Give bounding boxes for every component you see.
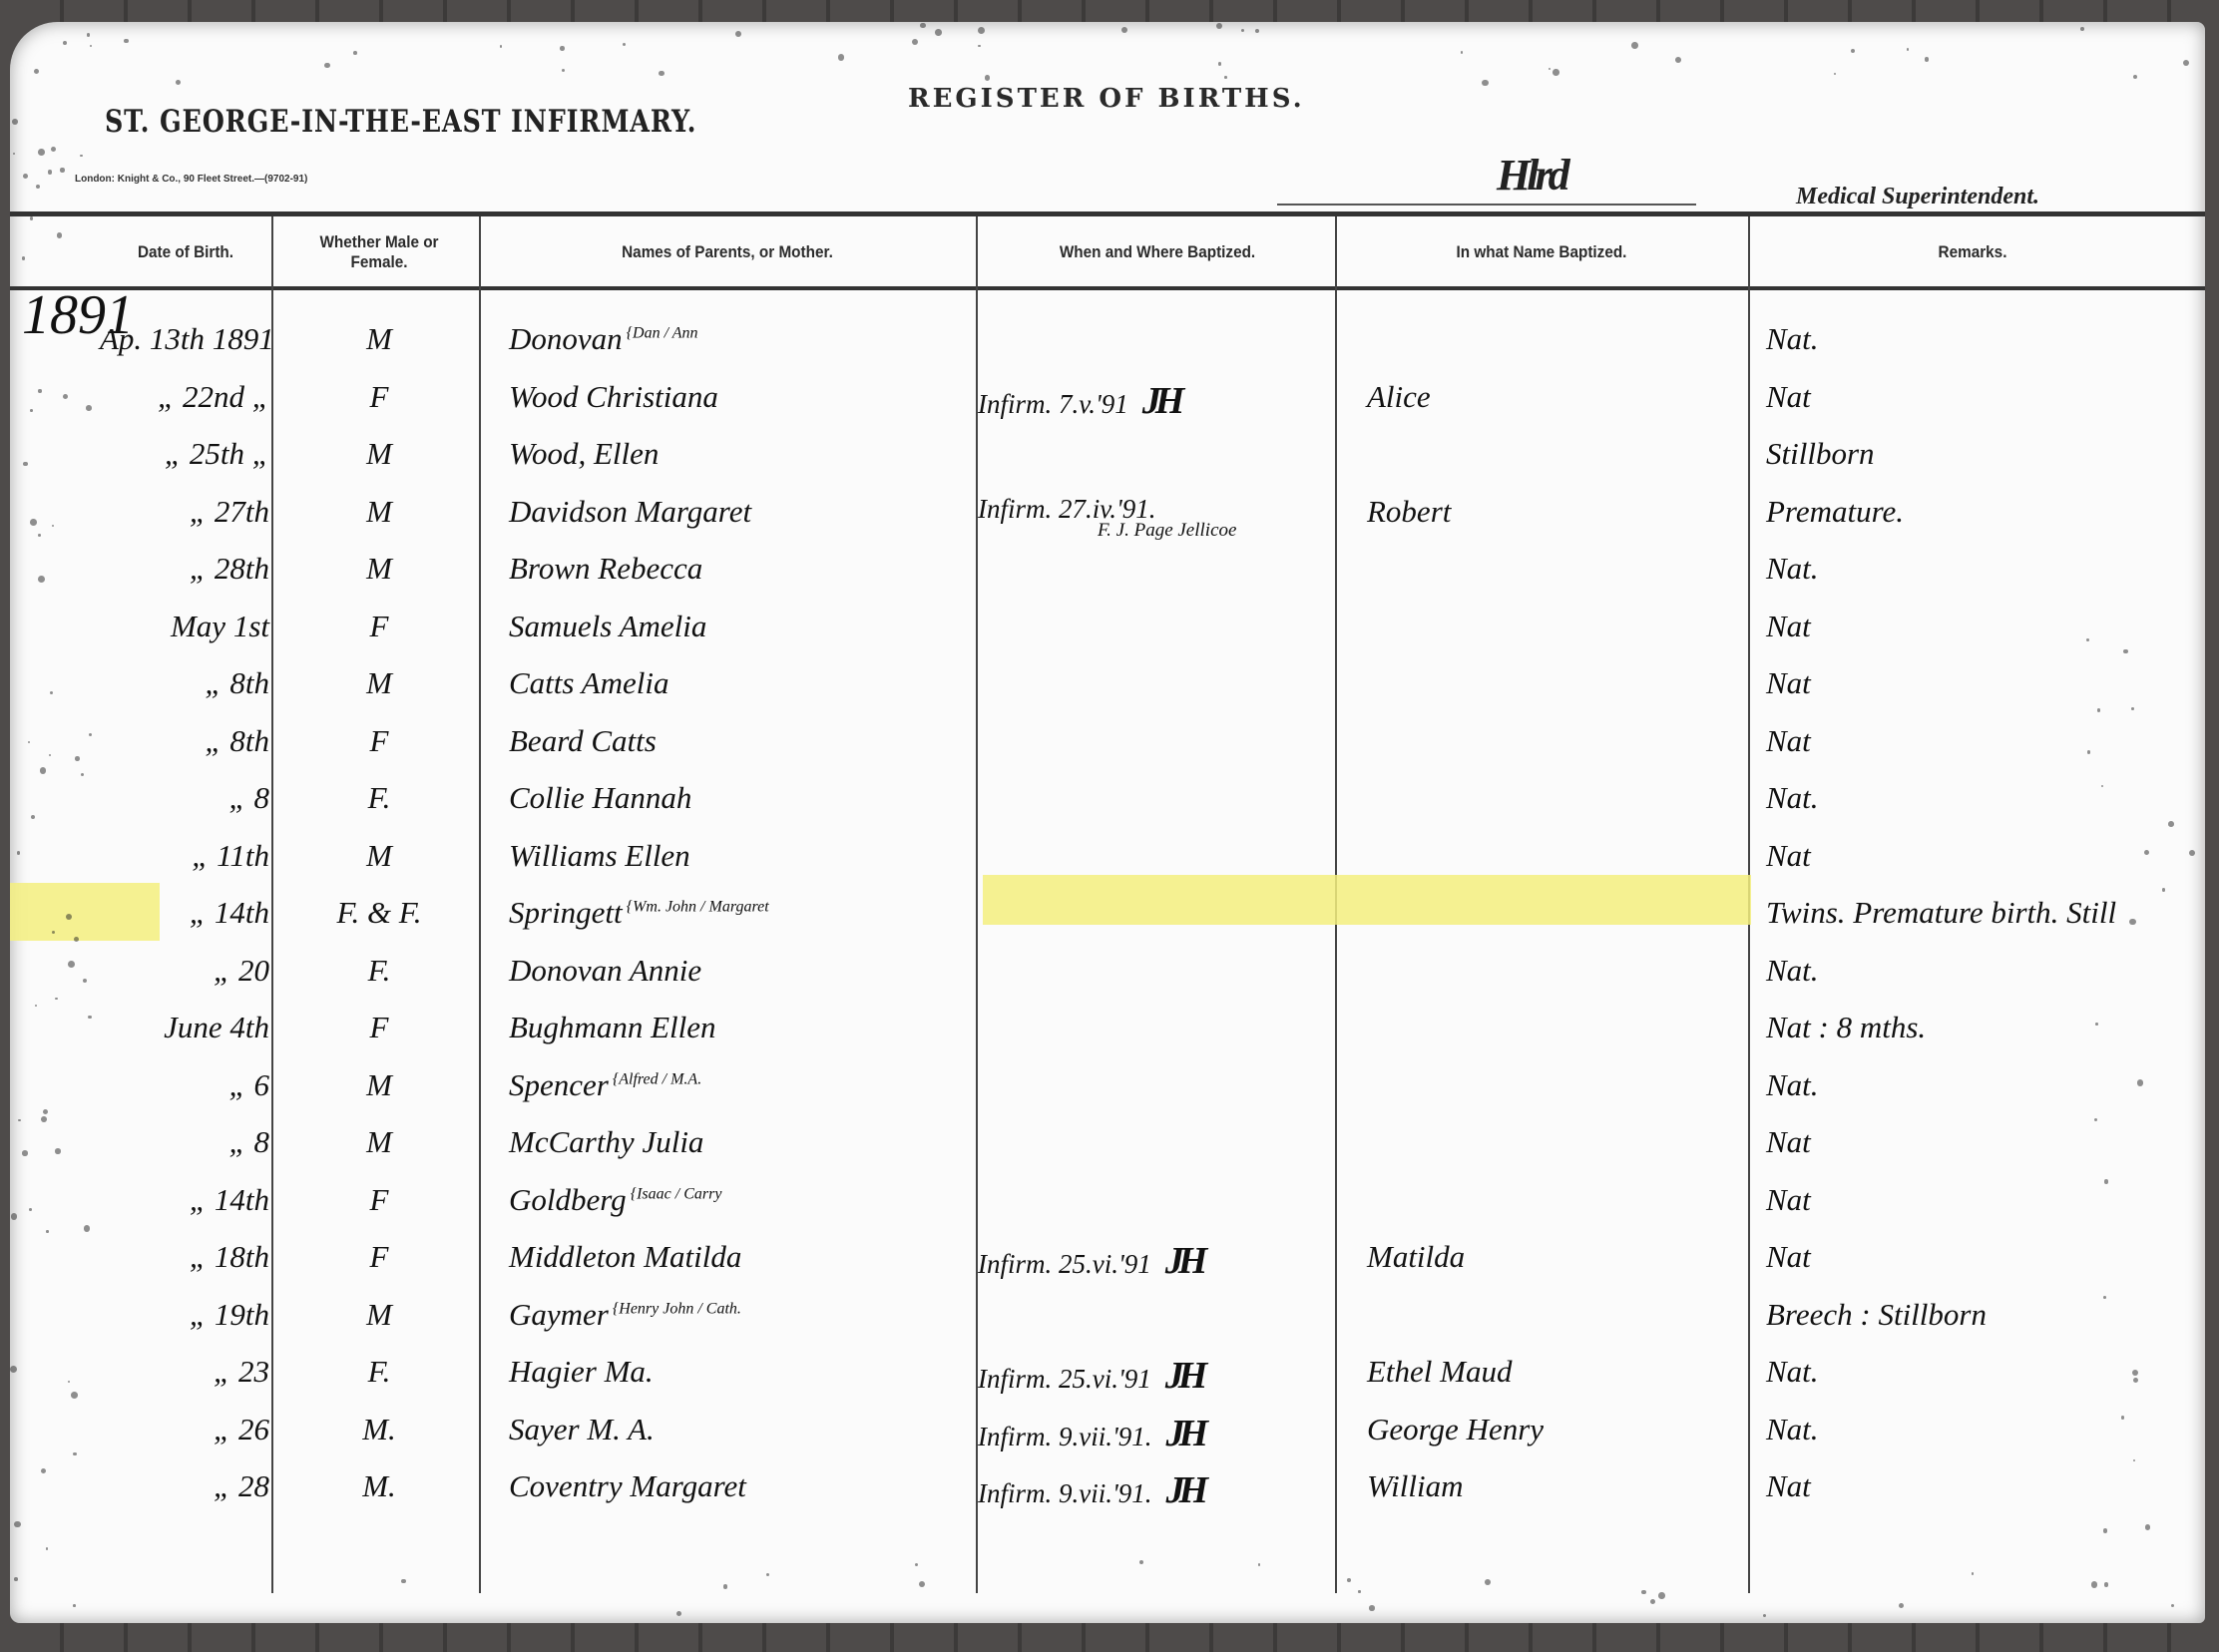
paper-speck [401, 1579, 405, 1583]
table-row: „ 28thMBrown RebeccaNat. [10, 551, 2205, 607]
paper-speck [659, 71, 665, 77]
paper-speck [22, 1150, 27, 1155]
table-row: „ 28M.Coventry MargaretInfirm. 9.vii.'91… [10, 1468, 2205, 1524]
table-row: „ 18thFMiddleton MatildaInfirm. 25.vi.'9… [10, 1239, 2205, 1295]
baptism-name: Ethel Maud [1367, 1354, 1513, 1390]
parents-name: Wood, Ellen [509, 436, 659, 472]
paper-speck [2131, 707, 2134, 710]
sex: M [319, 436, 439, 472]
baptism-name: Matilda [1367, 1239, 1465, 1275]
paper-speck [2137, 1079, 2143, 1085]
paper-speck [14, 1577, 18, 1581]
paper-speck [1369, 1605, 1375, 1611]
birth-date: „ 14th [100, 895, 269, 931]
table-row: Ap. 13th 1891MDonovan {Dan / AnnNat. [10, 321, 2205, 377]
birth-date: „ 23 [100, 1354, 269, 1390]
parents-name: Williams Ellen [509, 838, 690, 874]
remarks: Nat [1766, 609, 1811, 644]
paper-speck [353, 51, 357, 55]
paper-speck [2103, 1528, 2108, 1533]
remarks: Nat. [1766, 1067, 1819, 1103]
paper-speck [34, 69, 39, 74]
sex: M. [319, 1468, 439, 1504]
remarks: Nat [1766, 665, 1811, 701]
table-row: „ 8thMCatts AmeliaNat [10, 665, 2205, 721]
baptism-when-where: Infirm. 27.iv.'91.F. J. Page Jellicoe [978, 494, 1156, 525]
paper-speck [324, 63, 330, 69]
paper-speck [1121, 27, 1127, 33]
paper-speck [48, 170, 52, 174]
officiant-mark: JH [1165, 1240, 1202, 1282]
paper-speck [38, 149, 45, 156]
birth-date: May 1st [100, 609, 269, 644]
birth-date: „ 26 [100, 1412, 269, 1447]
remarks: Nat. [1766, 780, 1819, 816]
birth-date: „ 11th [100, 838, 269, 874]
paper-speck [1972, 1572, 1975, 1575]
baptism-name: Robert [1367, 494, 1451, 530]
table-row: „ 8F.Collie HannahNat. [10, 780, 2205, 836]
paper-speck [46, 1547, 49, 1550]
paper-speck [84, 1225, 91, 1232]
remarks: Nat. [1766, 1412, 1819, 1447]
paper-speck [2121, 1416, 2125, 1420]
parents-name: Spencer {Alfred / M.A. [509, 1067, 701, 1103]
table-row: „ 26M.Sayer M. A.Infirm. 9.vii.'91.JHGeo… [10, 1412, 2205, 1467]
register-title: REGISTER OF BIRTHS. [908, 84, 1305, 114]
table-row: „ 20F.Donovan AnnieNat. [10, 953, 2205, 1009]
paper-speck [1899, 1603, 1904, 1608]
birth-date: „ 25th „ [100, 436, 269, 472]
paper-speck [919, 1581, 925, 1587]
paper-speck [43, 1109, 48, 1114]
paper-speck [1139, 1560, 1143, 1564]
paper-speck [52, 931, 55, 934]
parents-name: Wood Christiana [509, 379, 718, 415]
remarks: Nat [1766, 1124, 1811, 1160]
paper-speck [1675, 57, 1681, 63]
paper-speck [30, 519, 37, 526]
parents-name: Goldberg {Isaac / Carry [509, 1182, 721, 1218]
header-rule-top [10, 211, 2205, 216]
baptism-when-where: Infirm. 9.vii.'91.JH [978, 1468, 1202, 1512]
remarks: Nat [1766, 838, 1811, 874]
parents-given-names: {Isaac / Carry [627, 1185, 722, 1202]
institution-title: ST. GEORGE-IN-THE-EAST INFIRMARY. [105, 104, 696, 140]
remarks: Nat [1766, 1182, 1811, 1218]
paper-speck [1549, 68, 1551, 70]
parents-name: Beard Catts [509, 723, 657, 759]
birth-date: „ 8th [100, 723, 269, 759]
parents-name: Donovan Annie [509, 953, 701, 989]
remarks: Stillborn [1766, 436, 1875, 472]
baptism-when-where: Infirm. 7.v.'91JH [978, 379, 1178, 423]
paper-speck [676, 1611, 681, 1616]
baptism-name: William [1367, 1468, 1463, 1504]
paper-speck [12, 119, 18, 125]
column-header-remarks: Remarks. [1771, 221, 2175, 283]
sex: F [319, 1239, 439, 1275]
officiant-mark: JH [1165, 1355, 1202, 1397]
birth-date: „ 20 [100, 953, 269, 989]
paper-speck [2104, 1582, 2109, 1587]
sex: F. & F. [319, 895, 439, 931]
table-row: „ 25th „MWood, EllenStillborn [10, 436, 2205, 492]
paper-speck [176, 80, 181, 85]
sex: F. [319, 1354, 439, 1390]
paper-speck [1224, 76, 1227, 79]
parents-name: Collie Hannah [509, 780, 691, 816]
sex: M [319, 1124, 439, 1160]
birth-date: „ 18th [100, 1239, 269, 1275]
paper-speck [29, 1208, 32, 1211]
table-row: „ 27thMDavidson MargaretInfirm. 27.iv.'9… [10, 494, 2205, 550]
parents-name: Hagier Ma. [509, 1354, 654, 1390]
birth-date: „ 27th [100, 494, 269, 530]
paper-speck [978, 27, 985, 34]
paper-speck [55, 1148, 60, 1153]
remarks: Nat. [1766, 1354, 1819, 1390]
sex: F. [319, 780, 439, 816]
remarks: Nat. [1766, 953, 1819, 989]
paper-speck [30, 216, 34, 220]
paper-speck [33, 22, 37, 26]
paper-speck [23, 174, 28, 179]
birth-date: „ 28th [100, 551, 269, 587]
paper-speck [1834, 73, 1837, 76]
officiant-name: F. J. Page Jellicoe [1098, 520, 1236, 542]
table-row: June 4thFBughmann EllenNat : 8 mths. [10, 1010, 2205, 1065]
paper-speck [50, 691, 53, 694]
superintendent-signature: Hlrd [1497, 150, 1566, 201]
paper-speck [49, 754, 51, 756]
paper-speck [74, 937, 79, 942]
column-header-date: Date of Birth. [109, 221, 263, 283]
table-row: „ 22nd „FWood ChristianaInfirm. 7.v.'91J… [10, 379, 2205, 435]
column-header-baptism-name: In what Name Baptized. [1356, 221, 1728, 283]
paper-speck [2145, 1524, 2150, 1529]
paper-speck [13, 153, 15, 155]
paper-speck [38, 389, 41, 392]
sex: M [319, 494, 439, 530]
parents-name: Middleton Matilda [509, 1239, 741, 1275]
paper-speck [38, 576, 45, 583]
officiant-mark: JH [1166, 1413, 1203, 1454]
sex: M [319, 838, 439, 874]
paper-speck [985, 75, 991, 81]
paper-speck [1216, 23, 1222, 29]
baptism-name: George Henry [1367, 1412, 1544, 1447]
birth-date: „ 19th [100, 1297, 269, 1333]
remarks: Nat [1766, 723, 1811, 759]
paper-speck [2086, 638, 2089, 641]
sex: M [319, 665, 439, 701]
table-row: „ 8thFBeard CattsNat [10, 723, 2205, 779]
paper-speck [500, 45, 502, 47]
paper-speck [912, 39, 918, 45]
paper-speck [2091, 1581, 2098, 1588]
parents-given-names: {Dan / Ann [623, 325, 698, 342]
parents-name: Sayer M. A. [509, 1412, 655, 1447]
paper-speck [51, 147, 56, 152]
paper-speck [1461, 51, 1463, 53]
paper-speck [1358, 1590, 1360, 1592]
remarks: Nat : 8 mths. [1766, 1010, 1926, 1045]
paper-speck [1347, 1578, 1351, 1582]
parents-name: Gaymer {Henry John / Cath. [509, 1297, 741, 1333]
paper-speck [623, 43, 626, 46]
paper-speck [1255, 29, 1259, 33]
column-header-sex: Whether Male or Female. [291, 221, 467, 283]
parents-name: Davidson Margaret [509, 494, 751, 530]
birth-date: June 4th [100, 1010, 269, 1045]
parents-name: McCarthy Julia [509, 1124, 703, 1160]
birth-date: „ 8th [100, 665, 269, 701]
paper-speck [1658, 1592, 1665, 1599]
baptism-when-where: Infirm. 25.vi.'91JH [978, 1239, 1201, 1283]
parents-name: Catts Amelia [509, 665, 668, 701]
sex: M [319, 551, 439, 587]
paper-speck [1241, 29, 1244, 32]
paper-speck [915, 1563, 918, 1566]
table-row: „ 23F.Hagier Ma.Infirm. 25.vi.'91JHEthel… [10, 1354, 2205, 1410]
remarks: Nat. [1766, 551, 1819, 587]
sex: M [319, 321, 439, 357]
paper-speck [2095, 1023, 2098, 1026]
sex: M [319, 1067, 439, 1103]
remarks: Nat. [1766, 321, 1819, 357]
paper-speck [10, 1366, 17, 1373]
paper-speck [1258, 1563, 1261, 1566]
paper-speck [46, 1230, 48, 1232]
paper-speck [1763, 1614, 1766, 1617]
register-page: ST. GEORGE-IN-THE-EAST INFIRMARY. REGIST… [10, 22, 2205, 1623]
birth-date: „ 14th [100, 1182, 269, 1218]
remarks: Twins. Premature birth. Still [1766, 895, 2116, 931]
column-header-when-where-baptized: When and Where Baptized. [1050, 221, 1265, 283]
sex: F [319, 1010, 439, 1045]
paper-speck [1218, 62, 1221, 65]
paper-speck [562, 69, 565, 72]
paper-speck [1641, 1590, 1646, 1595]
parents-name: Bughmann Ellen [509, 1010, 716, 1045]
baptism-when-where: Infirm. 9.vii.'91.JH [978, 1412, 1202, 1455]
birth-date: „ 8 [100, 1124, 269, 1160]
signature-line [1277, 204, 1696, 206]
paper-speck [90, 45, 92, 47]
paper-speck [11, 1213, 17, 1219]
paper-speck [60, 168, 64, 172]
signature-role: Medical Superintendent. [1796, 184, 2039, 210]
header-rule-bottom [10, 286, 2205, 290]
table-row: May 1stFSamuels AmeliaNat [10, 609, 2205, 664]
paper-speck [1631, 42, 1638, 49]
paper-speck [766, 1573, 769, 1576]
paper-speck [1851, 49, 1855, 53]
paper-speck [80, 155, 82, 157]
sex: F. [319, 953, 439, 989]
paper-speck [2183, 60, 2189, 66]
remarks: Premature. [1766, 494, 1904, 530]
paper-speck [68, 961, 75, 968]
paper-speck [735, 31, 741, 37]
paper-speck [1482, 80, 1488, 86]
baptism-when-where: Infirm. 25.vi.'91JH [978, 1354, 1201, 1398]
paper-speck [560, 46, 565, 51]
paper-speck [2168, 821, 2174, 827]
paper-speck [1553, 69, 1559, 76]
parents-name: Samuels Amelia [509, 609, 706, 644]
paper-speck [723, 1584, 727, 1588]
column-header-parents: Names of Parents, or Mother. [504, 221, 951, 283]
paper-speck [935, 29, 941, 35]
table-row: „ 6MSpencer {Alfred / M.A.Nat. [10, 1067, 2205, 1123]
table-row: „ 14thFGoldberg {Isaac / CarryNat [10, 1182, 2205, 1238]
sex: F [319, 1182, 439, 1218]
paper-speck [73, 1604, 76, 1607]
paper-speck [2087, 750, 2091, 754]
paper-speck [57, 232, 63, 238]
sex: M [319, 1297, 439, 1333]
parents-name: Springett {Wm. John / Margaret [509, 895, 769, 931]
birth-date: „ 8 [100, 780, 269, 816]
remarks: Nat [1766, 1239, 1811, 1275]
birth-date: „ 22nd „ [100, 379, 269, 415]
paper-speck [978, 45, 981, 48]
paper-speck [83, 979, 87, 983]
paper-speck [1907, 48, 1909, 50]
paper-speck [2080, 27, 2084, 31]
remarks: Nat [1766, 379, 1811, 415]
officiant-mark: JH [1142, 380, 1179, 422]
birth-date: „ 28 [100, 1468, 269, 1504]
paper-speck [920, 23, 926, 29]
paper-speck [1650, 1599, 1655, 1604]
paper-speck [55, 998, 58, 1001]
paper-speck [22, 256, 26, 260]
paper-speck [87, 33, 91, 37]
paper-speck [124, 39, 128, 43]
parents-given-names: {Wm. John / Margaret [623, 899, 769, 916]
paper-speck [14, 1521, 21, 1528]
birth-date: „ 6 [100, 1067, 269, 1103]
sex: F [319, 379, 439, 415]
parents-name: Brown Rebecca [509, 551, 702, 587]
paper-speck [86, 405, 92, 411]
parents-name: Donovan {Dan / Ann [509, 321, 698, 357]
birth-date: Ap. 13th 1891 [100, 321, 269, 357]
sex: F [319, 609, 439, 644]
remarks: Breech : Stillborn [1766, 1297, 1987, 1333]
paper-speck [36, 185, 40, 189]
remarks: Nat [1766, 1468, 1811, 1504]
baptism-name: Alice [1367, 379, 1431, 415]
table-row: „ 19thMGaymer {Henry John / Cath.Breech … [10, 1297, 2205, 1353]
table-row: „ 14thF. & F.Springett {Wm. John / Marga… [10, 895, 2205, 951]
printer-imprint: London: Knight & Co., 90 Fleet Street.—(… [75, 174, 307, 185]
sex: F [319, 723, 439, 759]
officiant-mark: JH [1166, 1469, 1203, 1511]
sex: M. [319, 1412, 439, 1447]
paper-speck [75, 756, 80, 761]
parents-given-names: {Henry John / Cath. [609, 1300, 741, 1317]
table-row: „ 8MMcCarthy JuliaNat [10, 1124, 2205, 1180]
paper-speck [1485, 1579, 1491, 1585]
paper-speck [838, 54, 845, 61]
paper-speck [30, 409, 33, 412]
paper-speck [63, 41, 67, 45]
paper-speck [2132, 1370, 2138, 1376]
paper-speck [2133, 75, 2137, 79]
paper-speck [2171, 1604, 2174, 1607]
parents-name: Coventry Margaret [509, 1468, 746, 1504]
paper-speck [1925, 57, 1929, 61]
parents-given-names: {Alfred / M.A. [609, 1070, 701, 1087]
